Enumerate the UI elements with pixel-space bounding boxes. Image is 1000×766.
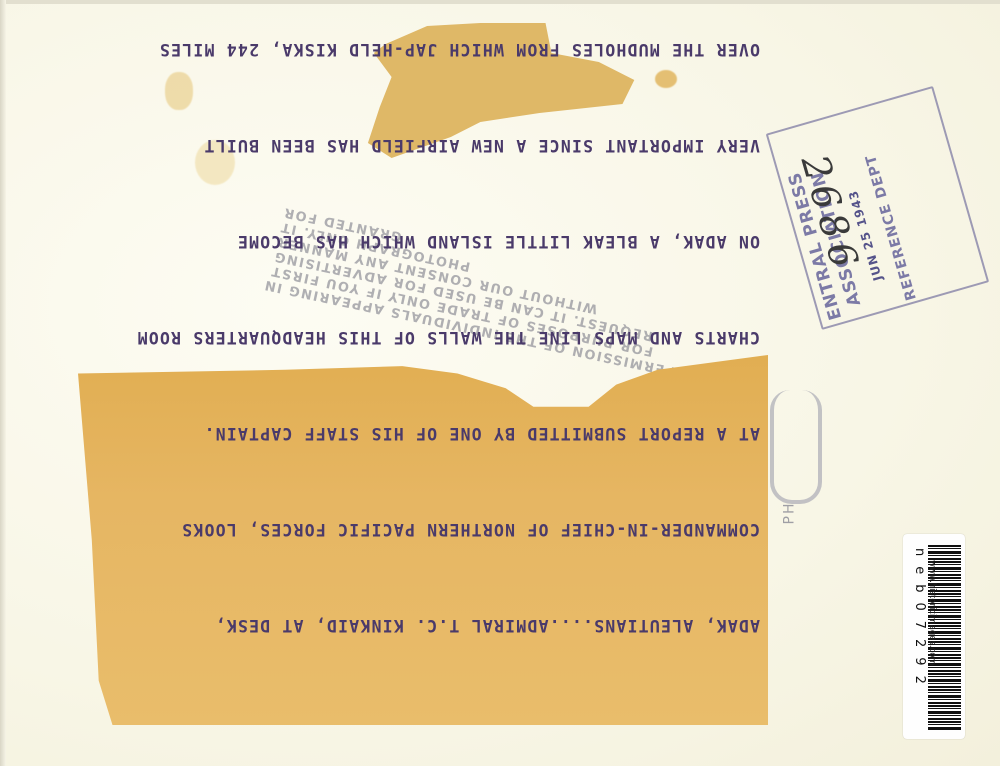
pencil-sketch-mark [770,390,822,504]
barcode-url: www.historicimages.com [927,560,937,666]
caption-line: ADAK, ALEUTIANS....ADMIRAL T.C. KINKAID,… [120,609,760,641]
caption-line: CHARTS AND MAPS LINE THE WALLS OF THIS H… [120,321,760,353]
caption-line: AT A REPORT SUBMITTED BY ONE OF HIS STAF… [120,417,760,449]
pencil-text: PH [781,502,797,525]
caption-line: OVER THE MUDHOLES FROM WHICH JAP-HELD KI… [120,33,760,65]
caption-line: COMMANDER-IN-CHIEF OF NORTHERN PACIFIC F… [120,513,760,545]
caption-line: VERY IMPORTANT SINCE A NEW AIRFIELD HAS … [120,129,760,161]
barcode-code: neb07292 [912,548,927,694]
paper-edge-left [0,0,6,766]
caption-line: ON ADAK, A BLEAK LITTLE ISLAND WHICH HAS… [120,225,760,257]
caption-text: ADAK, ALEUTIANS....ADMIRAL T.C. KINKAID,… [120,0,760,705]
